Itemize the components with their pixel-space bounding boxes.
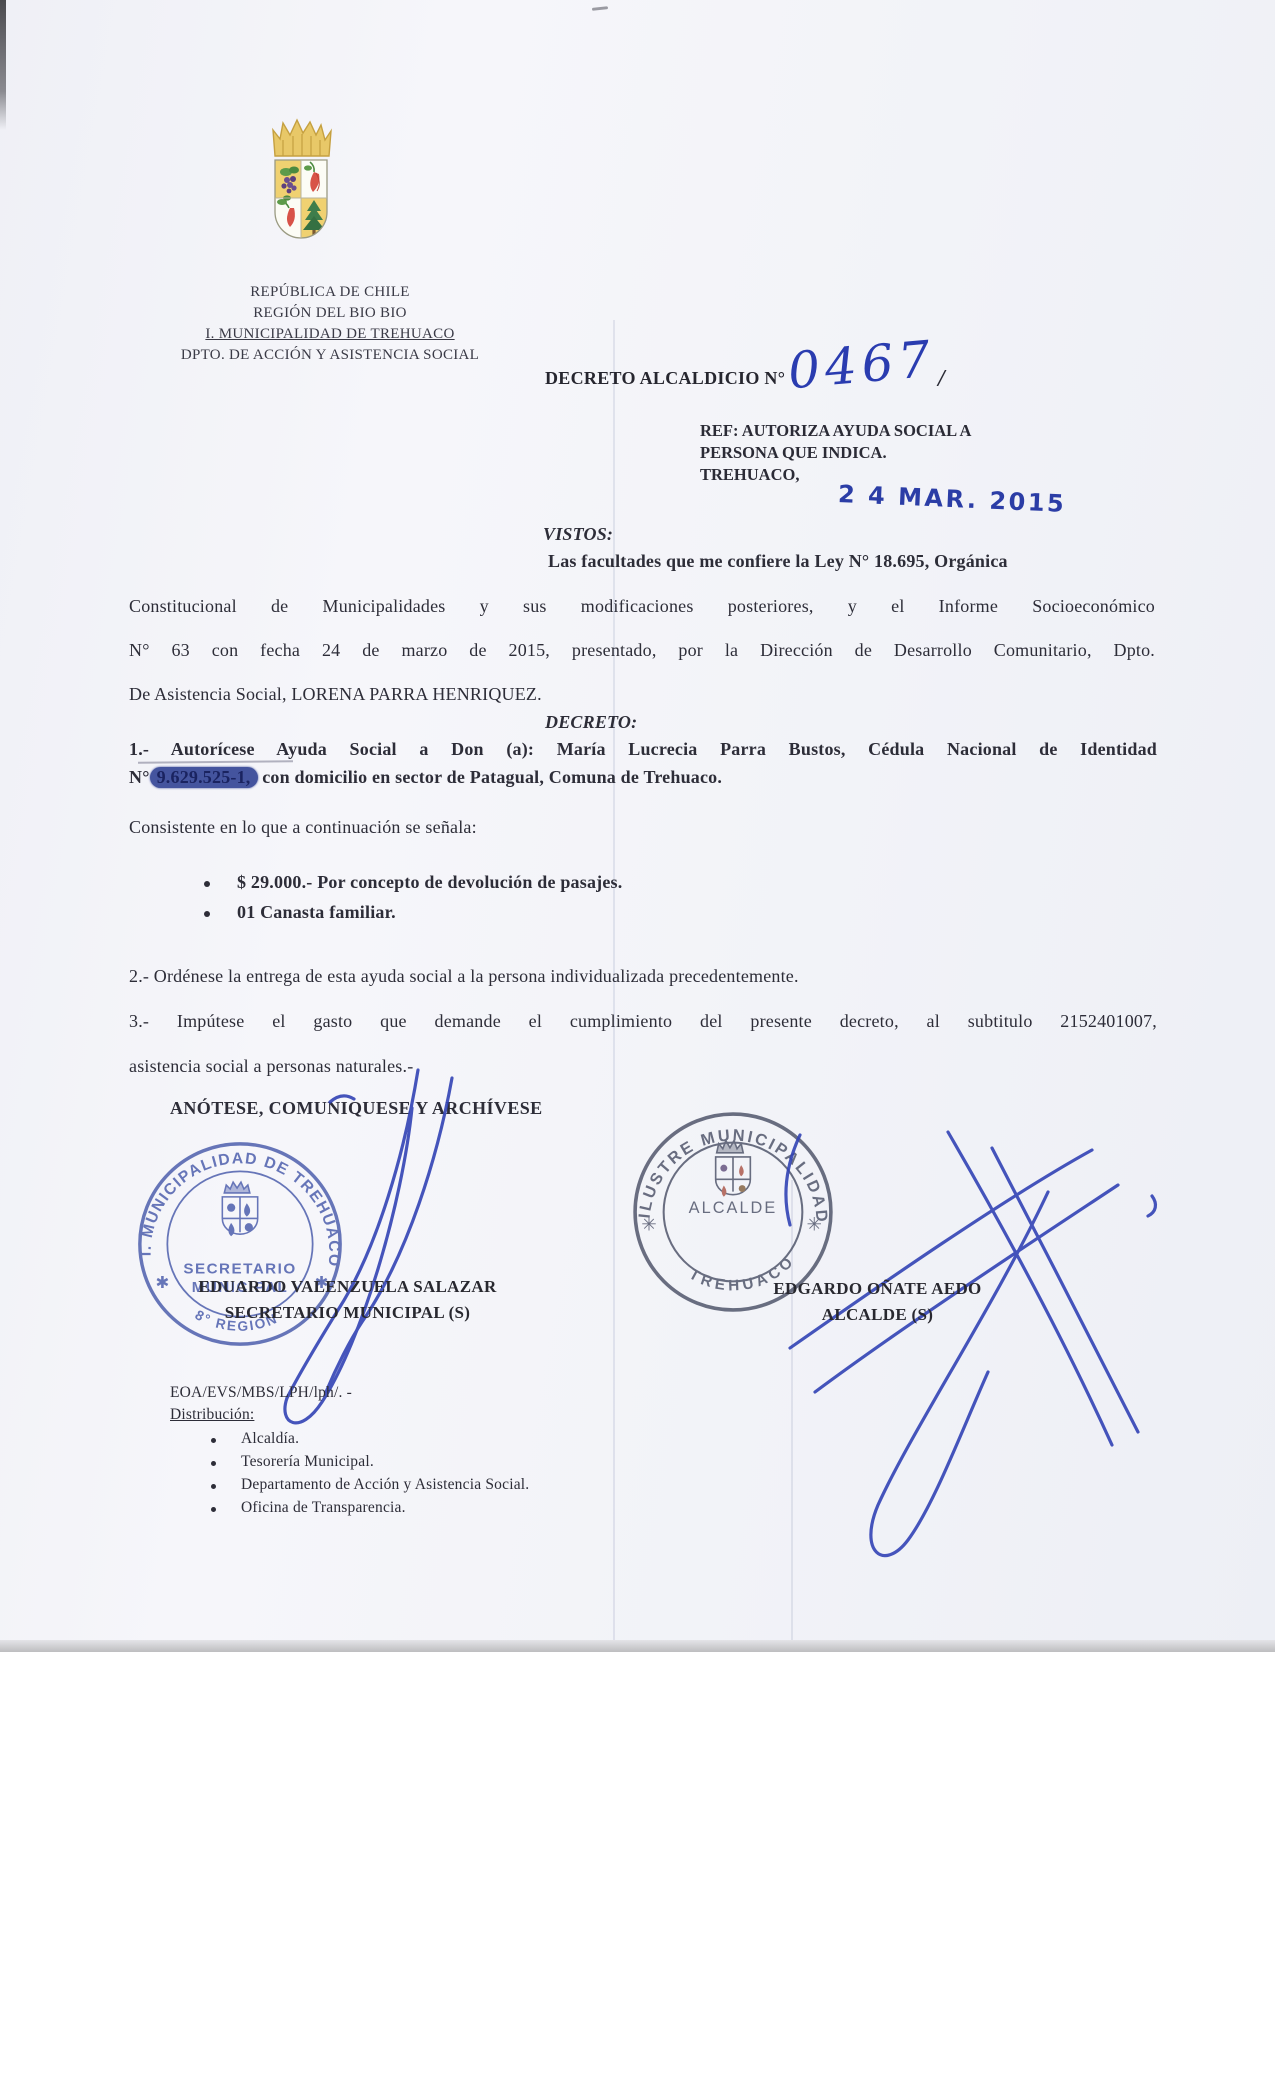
bullet-icon — [211, 1438, 216, 1443]
left-signature — [285, 1070, 452, 1423]
distribution-item: Oficina de Transparencia. — [241, 1499, 406, 1517]
bullet-icon — [211, 1507, 216, 1512]
initials-line: EOA/EVS/MBS/LPH/lph/. - — [170, 1384, 352, 1402]
bullet-icon — [211, 1461, 216, 1466]
distribution-item: Departamento de Acción y Asistencia Soci… — [241, 1476, 529, 1494]
left-signature-block: EDUARDO VALENZUELA SALAZAR SECRETARIO MU… — [150, 1274, 545, 1326]
right-signature-block: EDGARDO OÑATE AEDO ALCALDE (S) — [720, 1276, 1035, 1328]
signer-name: EDUARDO VALENZUELA SALAZAR — [150, 1274, 545, 1300]
signer-title: ALCALDE (S) — [720, 1302, 1035, 1328]
distribution-label: Distribución: — [170, 1406, 254, 1424]
bullet-icon — [211, 1484, 216, 1489]
signer-name: EDGARDO OÑATE AEDO — [720, 1276, 1035, 1302]
right-signature — [786, 1132, 1156, 1556]
signatures-ink — [0, 0, 1275, 1650]
scanned-page: REPÚBLICA DE CHILE REGIÓN DEL BIO BIO I.… — [0, 0, 1275, 1652]
signer-title: SECRETARIO MUNICIPAL (S) — [150, 1300, 545, 1326]
distribution-item: Tesorería Municipal. — [241, 1453, 374, 1471]
distribution-item: Alcaldía. — [241, 1430, 299, 1448]
